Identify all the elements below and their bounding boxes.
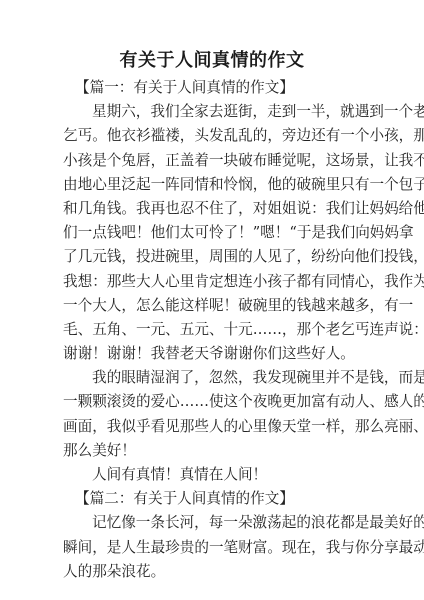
- section-heading: 【篇一：有关于人间真情的作文】: [63, 76, 361, 100]
- text-line: 一颗颗滚烫的爱心……使这个夜晚更加富有动人、感人的: [63, 390, 361, 414]
- document-title: 有关于人间真情的作文: [0, 49, 424, 73]
- text-line: 小孩是个兔唇，正盖着一块破布睡觉呢，这场景，让我不: [63, 149, 361, 173]
- text-line: 星期六，我们全家去逛街，走到一半，就遇到一个老: [63, 100, 361, 124]
- text-line: 和几角钱。我再也忍不住了，对姐姐说：我们让妈妈给他: [63, 197, 361, 221]
- text-line: 一个大人，怎么能这样呢！破碗里的钱越来越多，有一: [63, 294, 361, 318]
- text-line: 人间有真情！真情在人间！: [63, 463, 361, 487]
- text-line: 瞬间，是人生最珍贵的一笔财富。现在，我与你分享最动: [63, 536, 361, 560]
- text-line: 了几元钱，投进碗里，周围的人见了，纷纷向他们投钱，: [63, 245, 361, 269]
- text-line: 乞丐。他衣衫褴褛，头发乱乱的，旁边还有一个小孩，那: [63, 124, 361, 148]
- document-body: 【篇一：有关于人间真情的作文】 星期六，我们全家去逛街，走到一半，就遇到一个老 …: [63, 76, 361, 584]
- text-line: 我的眼睛湿润了，忽然，我发现碗里并不是钱，而是: [63, 366, 361, 390]
- section-heading: 【篇二：有关于人间真情的作文】: [63, 487, 361, 511]
- text-line: 记忆像一条长河，每一朵激荡起的浪花都是最美好的: [63, 511, 361, 535]
- text-line: 由地心里泛起一阵同情和怜悯，他的破碗里只有一个包子: [63, 173, 361, 197]
- document-page: 有关于人间真情的作文 【篇一：有关于人间真情的作文】 星期六，我们全家去逛街，走…: [0, 0, 424, 600]
- paragraph: 星期六，我们全家去逛街，走到一半，就遇到一个老 乞丐。他衣衫褴褛，头发乱乱的，旁…: [63, 100, 361, 366]
- text-line: 那么美好！: [63, 439, 361, 463]
- text-line: 谢谢！谢谢！我替老天爷谢谢你们这些好人。: [63, 342, 361, 366]
- text-line: 毛、五角、一元、五元、十元……，那个老乞丐连声说：: [63, 318, 361, 342]
- text-line: 我想：那些大人心里肯定想连小孩子都有同情心，我作为: [63, 270, 361, 294]
- paragraph: 人间有真情！真情在人间！: [63, 463, 361, 487]
- paragraph: 我的眼睛湿润了，忽然，我发现碗里并不是钱，而是 一颗颗滚烫的爱心……使这个夜晚更…: [63, 366, 361, 463]
- text-line: 人的那朵浪花。: [63, 560, 361, 584]
- text-line: 画面，我似乎看见那些人的心里像天堂一样，那么亮丽、: [63, 415, 361, 439]
- text-line: 们一点钱吧！他们太可怜了！”嗯！“于是我们向妈妈拿: [63, 221, 361, 245]
- paragraph: 记忆像一条长河，每一朵激荡起的浪花都是最美好的 瞬间，是人生最珍贵的一笔财富。现…: [63, 511, 361, 584]
